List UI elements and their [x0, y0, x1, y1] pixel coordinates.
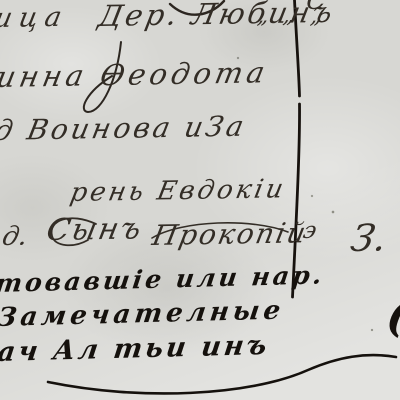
register-line1-start: ица [0, 4, 71, 32]
register-line4-daughter: рень Евдокіи [68, 176, 288, 206]
register-line5-given-name: Прокопій [150, 219, 310, 250]
note-line2: Замечателные [0, 298, 286, 331]
register-line3-surname: д Воинова иЗа [0, 113, 249, 145]
ditto-marks: „ „ [256, 5, 301, 27]
note-line3: ач Ал тьи инъ [0, 332, 271, 366]
register-line5-fragment: д. [0, 224, 30, 250]
column-entry-number: З. [348, 219, 390, 257]
register-line1-village: Дер. Любинъ [96, 0, 338, 31]
manuscript-page: ица Дер. Любинъ „ „ С „ инна Ѳеодота д В… [0, 0, 400, 400]
register-line2-name: инна Ѳеодота [0, 58, 271, 92]
register-line5-son-label: Сынъ [44, 214, 145, 246]
